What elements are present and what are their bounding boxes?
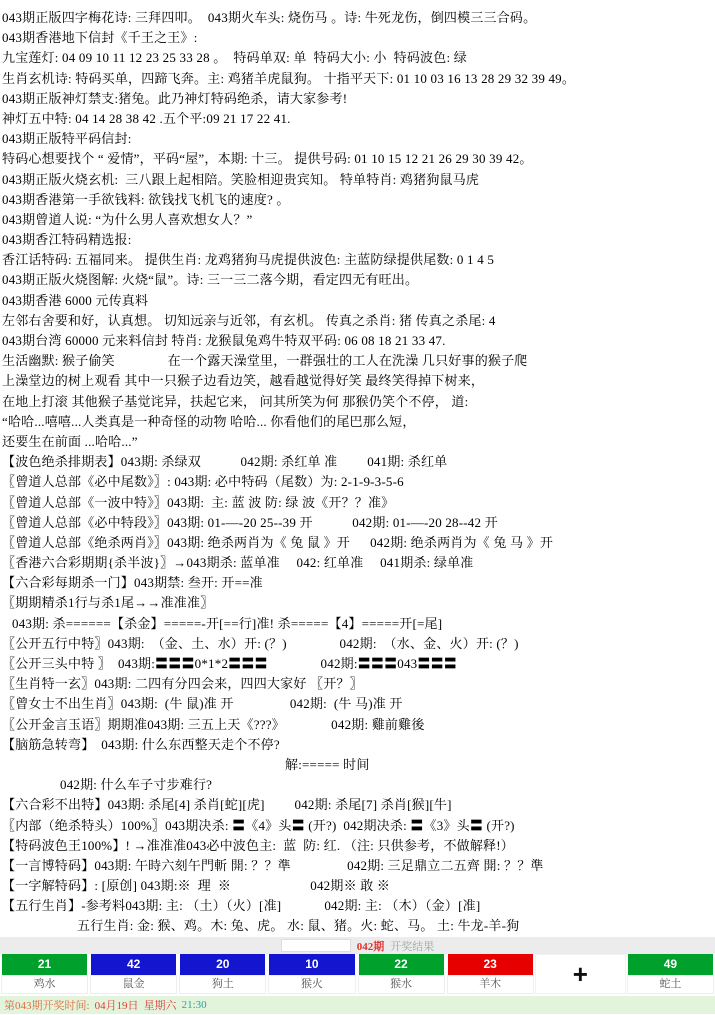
text-line: 〖曾道人总部《一波中特》〗043期: 主: 蓝 波 防: 绿 波《开？？准》 xyxy=(2,493,715,513)
result-zodiac-element-label: 狗土 xyxy=(179,975,266,994)
result-number: 49 xyxy=(628,954,713,975)
text-line: 还要生在前面 ...哈哈...” xyxy=(2,432,715,452)
text-line: 香江话特码: 五福同来。 提供生肖: 龙鸡猪狗马虎提供波色: 主蓝防绿提供尾数:… xyxy=(2,250,715,270)
next-draw-time: 21:30 xyxy=(182,999,207,1011)
result-numbers-row: 21鸡水42鼠金20狗土10猴火22猴水23羊木+49蛇土 xyxy=(0,954,715,994)
text-line: 043期香港第一手欲钱料: 欲钱找飞机飞的速度? 。 xyxy=(2,190,715,210)
text-line: “哈哈...嘻嘻...人类真是一种奇怪的动物 哈哈... 你看他们的尾巴那么短， xyxy=(2,412,715,432)
text-line: 【特码波色王100%】! →准准准043必中波色主: 蓝 防: 红. （注: 只… xyxy=(2,836,715,856)
result-column: 42鼠金 xyxy=(89,954,178,994)
text-line: 〖期期精杀1行与杀1尾→→准准准〗 xyxy=(2,593,715,613)
result-column: 21鸡水 xyxy=(0,954,89,994)
text-line: 043期正版特平码信封: xyxy=(2,129,715,149)
next-draw-label: 第043期开奖时间: xyxy=(4,997,90,1013)
text-line: 在地上打滚 其他猴子基觉诧异，扶起它来， 问其所笑为何 那猴仍笑个不停， 道: xyxy=(2,392,715,412)
text-line: 043期香江特码精选报: xyxy=(2,230,715,250)
result-title-label: 开奖结果 xyxy=(390,938,434,954)
result-zodiac-element-label: 鼠金 xyxy=(90,975,177,994)
lottery-tips-page: 043期正版四字梅花诗: 三拜四叩。 043期火车头: 烧伤马 。诗: 牛死龙伤… xyxy=(0,0,715,1015)
result-column: 23羊木 xyxy=(446,954,535,994)
period-label: 042期 xyxy=(357,938,385,954)
text-line: 生肖玄机诗: 特码买单，四蹄飞奔。主: 鸡猪羊虎鼠狗。 十指平天下: 01 10… xyxy=(2,69,715,89)
result-column: 49蛇土 xyxy=(626,954,715,994)
result-number: 20 xyxy=(180,954,265,975)
result-header-bar: 042期 开奖结果 xyxy=(0,937,715,954)
result-number: 23 xyxy=(448,954,533,975)
result-zodiac-element-label: 猴火 xyxy=(268,975,355,994)
result-zodiac-element-label: 猴水 xyxy=(358,975,445,994)
text-line: 043期香港地下信封《千王之王》: xyxy=(2,28,715,48)
plus-column: + xyxy=(535,954,626,994)
text-line: 上澡堂边的树上观看 其中一只猴子边看边笑，越看越觉得好笑 最终笑得掉下树来， xyxy=(2,371,715,391)
result-number: 42 xyxy=(91,954,176,975)
text-line: 【波色绝杀排期表】043期: 杀绿双 042期: 杀红单 准 041期: 杀红单 xyxy=(2,452,715,472)
text-line: 〖曾女士不出生肖〗043期: (牛 鼠)准 开 042期: (牛 马)准 开 xyxy=(2,694,715,714)
text-line: 〖曾道人总部《绝杀两肖》〗043期: 绝杀两肖为《 兔 鼠 》开 042期: 绝… xyxy=(2,533,715,553)
text-line: 043期正版神灯禁支:猪兔。此乃神灯特码绝杀，请大家参考! xyxy=(2,89,715,109)
text-line: 043期: 杀======【杀金】=====-开[==行]准! 杀=====【4… xyxy=(2,614,715,634)
result-column: 22猴水 xyxy=(357,954,446,994)
text-line: 043期香港 6000 元传真料 xyxy=(2,291,715,311)
next-draw-date: 04月19日 xyxy=(95,997,139,1013)
result-number: 21 xyxy=(2,954,87,975)
text-line: 〖香港六合彩期期{杀半波}〗→043期杀: 蓝单准 042: 红单准 041期杀… xyxy=(2,553,715,573)
result-column: 10猴火 xyxy=(267,954,356,994)
text-line: 五行生肖: 金: 猴、鸡。木: 兔、虎。 水: 鼠、猪。火: 蛇、马。 土: 牛… xyxy=(2,916,715,936)
period-input[interactable] xyxy=(281,939,351,952)
text-line: 042期: 什么车子寸步难行? xyxy=(2,775,715,795)
plus-icon: + xyxy=(573,955,588,993)
result-zodiac-element-label: 鸡水 xyxy=(1,975,88,994)
next-draw-status-bar: 第043期开奖时间: 04月19日 星期六 21:30 xyxy=(0,996,715,1014)
text-line: 九宝莲灯: 04 09 10 11 12 23 25 33 28 。 特码单双:… xyxy=(2,48,715,68)
text-line: 【一字解特码】: [原创] 043期:※ 理 ※ 042期※ 敢 ※ xyxy=(2,876,715,896)
text-line: 生活幽默: 猴子偷笑 在一个露天澡堂里，一群强壮的工人在洗澡 几只好事的猴子爬 xyxy=(2,351,715,371)
text-line: 【五行生肖】-参考料043期: 主: （土）（火）[准] 042期: 主: （木… xyxy=(2,896,715,916)
text-line: 【一言博特码】043期: 午時六刻午門斬 開: ？？準 042期: 三足鼎立二五… xyxy=(2,856,715,876)
document-text: 043期正版四字梅花诗: 三拜四叩。 043期火车头: 烧伤马 。诗: 牛死龙伤… xyxy=(0,0,715,937)
text-line: 〖曾道人总部《必中尾数》〗: 043期: 必中特码（尾数）为: 2-1-9-3-… xyxy=(2,472,715,492)
text-line: 【六合彩不出特】043期: 杀尾[4] 杀肖[蛇][虎] 042期: 杀尾[7]… xyxy=(2,795,715,815)
text-line: 〖公开金言玉语〗期期准043期: 三五上天《???》 042期: 雞前雞後 xyxy=(2,715,715,735)
text-line: 043期曾道人说: “为什么男人喜欢想女人？” xyxy=(2,210,715,230)
text-line: 〖公开五行中特〗043期: （金、土、水）开: (？) 042期: （水、金、火… xyxy=(2,634,715,654)
next-draw-weekday: 星期六 xyxy=(144,997,177,1013)
text-line: 043期台湾 60000 元来料信封 特肖: 龙猴鼠兔鸡牛特双平码: 06 08… xyxy=(2,331,715,351)
text-line: 【脑筋急转弯】 043期: 什么东西整天走个不停? xyxy=(2,735,715,755)
text-line: 〖公开三头中特 〗 043期:〓〓〓0*1*2〓〓〓 042期:〓〓〓043〓〓… xyxy=(2,654,715,674)
text-line: 043期正版火烧玄机: 三八跟上起相陪。笑脸相迎贵宾知。 特单特肖: 鸡猪狗鼠马… xyxy=(2,170,715,190)
text-line: 〖内部（绝杀特头）100%〗043期决杀: 〓《4》头〓 (开?) 042期决杀… xyxy=(2,816,715,836)
text-line: 043期正版四字梅花诗: 三拜四叩。 043期火车头: 烧伤马 。诗: 牛死龙伤… xyxy=(2,8,715,28)
result-zodiac-element-label: 蛇土 xyxy=(627,975,714,994)
result-column: 20狗土 xyxy=(178,954,267,994)
text-line: 特码心想要找个 “ 爱情”，平码“屋”，本期: 十三。 提供号码: 01 10 … xyxy=(2,149,715,169)
text-line: 【六合彩每期杀一门】043期禁: 叁开: 开==准 xyxy=(2,573,715,593)
text-line: 〖曾道人总部《必中特段》〗043期: 01-—-20 25--39 开 042期… xyxy=(2,513,715,533)
text-line: 〖生肖特一玄〗043期: 二四有分四会来，四四大家好 〖开？〗 xyxy=(2,674,715,694)
text-line: 左邻右舍要和好，认真想。 切知远亲与近邻，有玄机。 传真之杀肖: 猪 传真之杀尾… xyxy=(2,311,715,331)
text-line: 解:===== 时间 xyxy=(2,755,715,775)
text-line: 043期正版火烧图解: 火烧“鼠”。诗: 三一三二落今期，看定四无有旺出。 xyxy=(2,270,715,290)
result-zodiac-element-label: 羊木 xyxy=(447,975,534,994)
text-line: 神灯五中特: 04 14 28 38 42 .五个平:09 21 17 22 4… xyxy=(2,109,715,129)
result-number: 10 xyxy=(269,954,354,975)
result-number: 22 xyxy=(359,954,444,975)
